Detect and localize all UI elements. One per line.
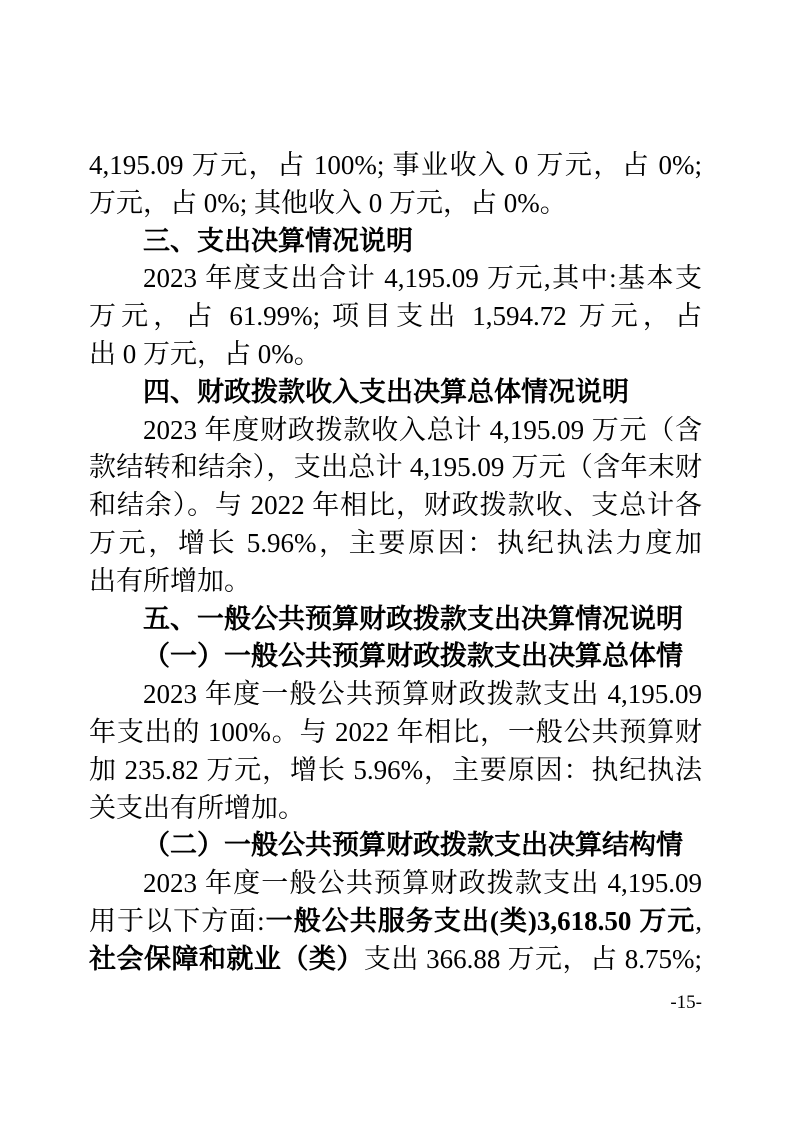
text-line: 社会保障和就业（类）支出 366.88 万元，占 8.75%;卫生健康支 [89,941,702,979]
text-segment: 用于以下方面: [89,906,265,936]
page-number: -15- [89,992,702,1014]
text-segment: （二）一般公共预算财政拨款支出决算结构情况。 [89,830,683,865]
text-line: 4,195.09 万元，占 100%; 事业收入 0 万元，占 0%; 经营收入… [89,147,702,185]
text-segment: 一般公共服务支出(类)3,618.50 万元 [265,906,696,936]
section-heading: 五、一般公共预算财政拨款支出决算情况说明 [89,601,702,639]
text-segment: 2023 年度一般公共预算财政拨款支出 4,195.09 万元，主要 [89,868,702,903]
text-segment: 万元，占 0%; 其他收入 0 万元，占 0%。 [89,188,567,218]
text-segment: 和结余）。与 2022 年相比，财政拨款收、支总计各增加 235.82 [89,490,702,525]
text-segment: 款结转和结余），支出总计 4,195.09 万元（含年末财政拨款结转 [89,452,702,487]
text-segment: 四、财政拨款收入支出决算总体情况说明 [143,377,629,407]
text-segment: 万元，增长 5.96%，主要原因：执纪执法力度加大，相关收入支 [89,528,702,563]
text-line: 2023 年度支出合计 4,195.09 万元,其中:基本支出 2,600.37 [89,260,702,298]
text-line: 2023 年度一般公共预算财政拨款支出 4,195.09 万元，主要 [89,865,702,903]
sub-heading: （一）一般公共预算财政拨款支出决算总体情况。 [89,638,702,676]
text-line: 2023 年度一般公共预算财政拨款支出 4,195.09 万元，占本 [89,676,702,714]
text-segment: 三、支出决算情况说明 [143,226,413,256]
text-segment: 加 235.82 万元，增长 5.96%，主要原因：执纪执法力度加大，相 [89,755,702,790]
text-segment: 4,195.09 万元，占 100%; 事业收入 0 万元，占 0%; 经营收入… [89,150,702,185]
text-segment: 2023 年度支出合计 4,195.09 万元,其中:基本支出 2,600.37 [89,263,702,298]
document-page: 4,195.09 万元，占 100%; 事业收入 0 万元，占 0%; 经营收入… [0,0,793,1122]
text-segment: 出 0 万元，占 0%。 [89,339,321,369]
text-segment: 年支出的 100%。与 2022 年相比，一般公共预算财政拨款支出增 [89,717,702,752]
text-segment: 万元，占 61.99%; 项目支出 1,594.72 万元，占 38.01%; … [89,301,702,336]
text-segment: 社会保障和就业（类） [89,944,364,974]
sub-heading: （二）一般公共预算财政拨款支出决算结构情况。 [89,827,702,865]
text-line: 万元，占 0%; 其他收入 0 万元，占 0%。 [89,185,702,223]
text-segment: 关支出有所增加。 [89,793,305,823]
text-line: 款结转和结余），支出总计 4,195.09 万元（含年末财政拨款结转 [89,449,702,487]
text-line: 年支出的 100%。与 2022 年相比，一般公共预算财政拨款支出增 [89,714,702,752]
text-line: 关支出有所增加。 [89,790,702,828]
text-segment: 五、一般公共预算财政拨款支出决算情况说明 [143,604,683,634]
text-segment: 出有所增加。 [89,566,251,596]
text-line: 万元，占 61.99%; 项目支出 1,594.72 万元，占 38.01%; … [89,298,702,336]
section-heading: 三、支出决算情况说明 [89,223,702,261]
section-heading: 四、财政拨款收入支出决算总体情况说明 [89,374,702,412]
text-line: 2023 年度财政拨款收入总计 4,195.09 万元（含年初财政拨 [89,412,702,450]
text-line: 出有所增加。 [89,563,702,601]
text-segment: 2023 年度财政拨款收入总计 4,195.09 万元（含年初财政拨 [89,415,702,450]
text-line: 万元，增长 5.96%，主要原因：执纪执法力度加大，相关收入支 [89,525,702,563]
text-line: 加 235.82 万元，增长 5.96%，主要原因：执纪执法力度加大，相 [89,752,702,790]
document-body: 4,195.09 万元，占 100%; 事业收入 0 万元，占 0%; 经营收入… [89,147,702,979]
text-line: 和结余）。与 2022 年相比，财政拨款收、支总计各增加 235.82 [89,487,702,525]
text-segment: （一）一般公共预算财政拨款支出决算总体情况。 [89,641,683,676]
text-segment: 支出 366.88 万元，占 8.75%; [364,944,702,974]
text-segment: 2023 年度一般公共预算财政拨款支出 4,195.09 万元，占本 [89,679,702,714]
text-line: 出 0 万元，占 0%。 [89,336,702,374]
text-line: 用于以下方面:一般公共服务支出(类)3,618.50 万元,占 86.26%; [89,903,702,941]
